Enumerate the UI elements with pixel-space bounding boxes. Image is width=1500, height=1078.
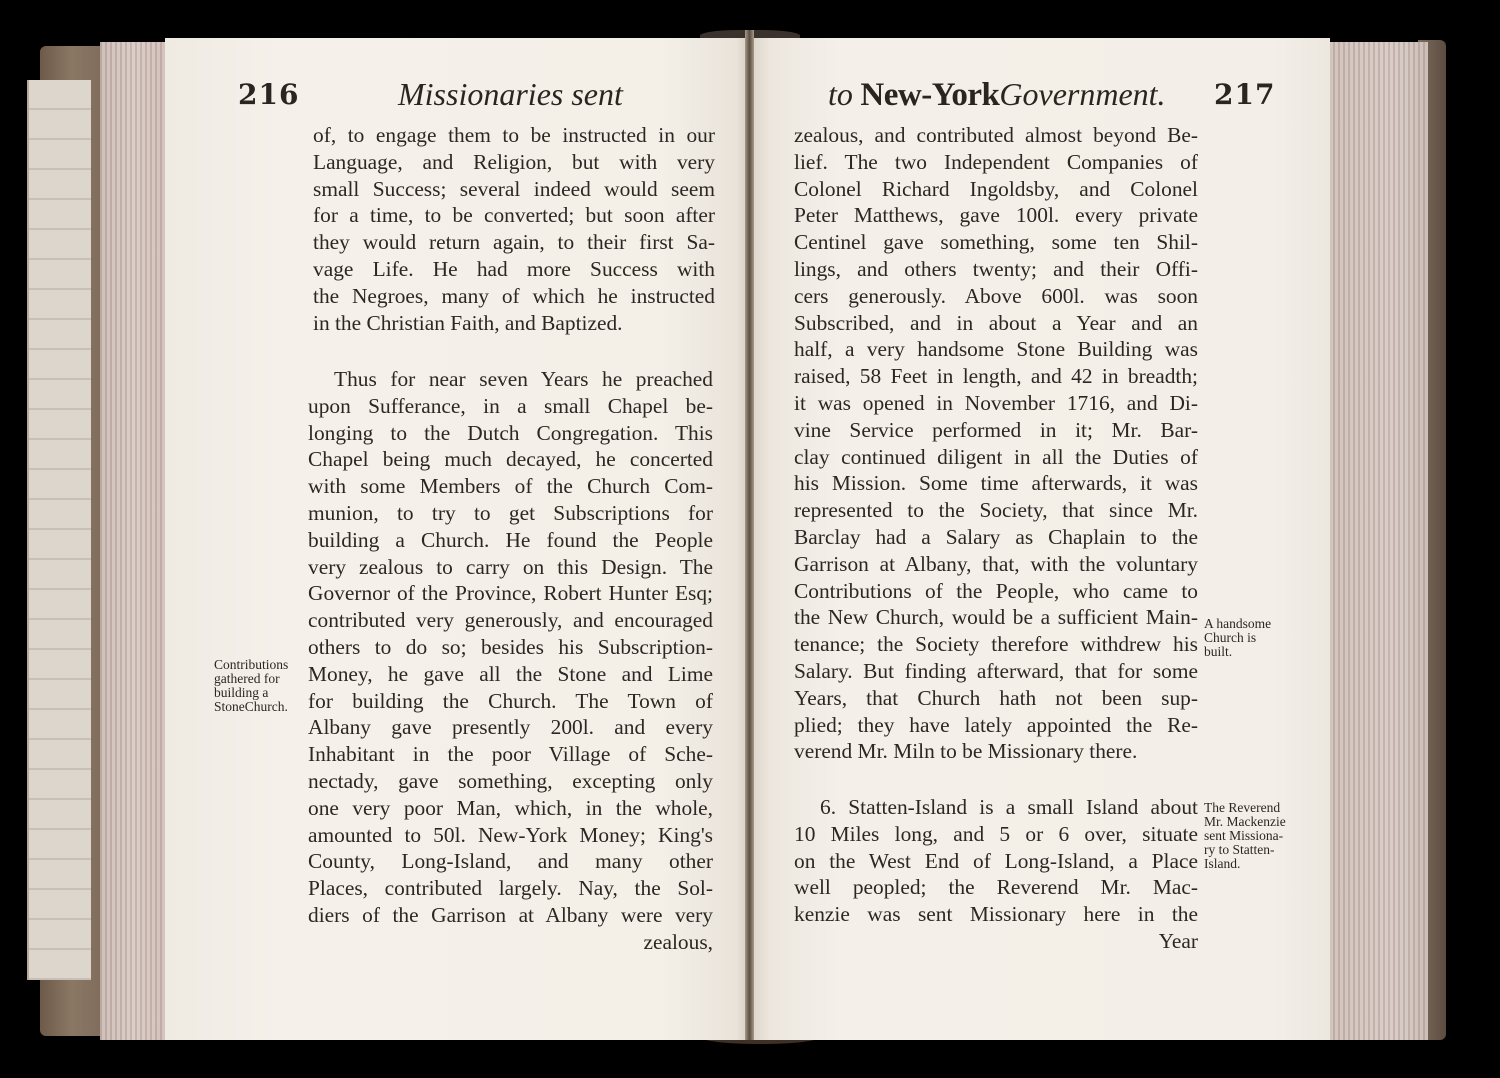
text-line: Years, that Church hath not been sup- [794,685,1198,712]
text-line: for building the Church. The Town of [308,688,713,715]
text-line: cers generously. Above 600l. was soon [794,283,1198,310]
text-line: contributed very generously, and encoura… [308,607,713,634]
text-line: others to do so; besides his Subscriptio… [308,634,713,661]
text-line: Peter Matthews, gave 100l. every private [794,202,1198,229]
text-line: 6. Statten-Island is a small Island abou… [794,794,1198,821]
text-line: kenzie was sent Missionary here in the [794,901,1198,928]
text-line: clay continued diligent in all the Dutie… [794,444,1198,471]
text-line: one very poor Man, which, in the whole, [308,795,713,822]
marginal-note-contributions: Contributions gathered for building a St… [214,658,288,714]
right-paragraph-2: 6. Statten-Island is a small Island abou… [794,794,1198,955]
text-line: for a time, to be converted; but soon af… [313,202,715,229]
text-line: they would return again, to their first … [313,229,715,256]
text-line: Money, he gave all the Stone and Lime [308,661,713,688]
text-line: Garrison at Albany, that, with the volun… [794,551,1198,578]
text-line: munion, to try to get Subscriptions for [308,500,713,527]
text-line: County, Long-Island, and many other [308,848,713,875]
marginal-note-mackenzie: The Reverend Mr. Mackenzie sent Missiona… [1204,801,1286,871]
text-line: Language, and Religion, but with very [313,149,715,176]
text-line: in the Christian Faith, and Baptized. [313,310,715,337]
text-line: Inhabitant in the poor Village of Sche- [308,741,713,768]
text-line: nectady, gave something, excepting only [308,768,713,795]
running-head-right-roman: New-York [860,77,999,113]
text-line: half, a very handsome Stone Building was [794,336,1198,363]
text-line: lief. The two Independent Companies of [794,149,1198,176]
text-line: zealous, and contributed almost beyond B… [794,122,1198,149]
text-line: upon Sufferance, in a small Chapel be- [308,393,713,420]
text-line: raised, 58 Feet in length, and 42 in bre… [794,363,1198,390]
text-line: Colonel Richard Ingoldsby, and Colonel [794,176,1198,203]
text-line: well peopled; the Reverend Mr. Mac- [794,874,1198,901]
text-line: it was opened in November 1716, and Di- [794,390,1198,417]
text-line: Albany gave presently 200l. and every [308,714,713,741]
catchword: zealous, [308,929,713,956]
text-line: plied; they have lately appointed the Re… [794,712,1198,739]
text-line: the New Church, would be a sufficient Ma… [794,604,1198,631]
left-running-head: 216 [238,78,299,112]
text-line: Governor of the Province, Robert Hunter … [308,580,713,607]
open-book: 216 Missionaries sent of, to engage them… [0,0,1500,1078]
text-line: Centinel gave something, some ten Shil- [794,229,1198,256]
text-line: Thus for near seven Years he preached [308,366,713,393]
left-paragraph-1: of, to engage them to be instructed in o… [313,122,715,336]
text-line: the Negroes, many of which he instructed [313,283,715,310]
text-line: Salary. But finding afterward, that for … [794,658,1198,685]
marginal-note-church-built: A handsome Church is built. [1204,617,1271,659]
text-line: very zealous to carry on this Design. Th… [308,554,713,581]
text-line: with some Members of the Church Com- [308,473,713,500]
text-line: Subscribed, and in about a Year and an [794,310,1198,337]
right-paragraph-1: zealous, and contributed almost beyond B… [794,122,1198,765]
page-stack-left [100,42,166,1040]
text-line: longing to the Dutch Congregation. This [308,420,713,447]
text-line: Places, contributed largely. Nay, the So… [308,875,713,902]
page-stack-right [1328,42,1428,1040]
flyleaf-edge [27,80,91,980]
text-line: 10 Miles long, and 5 or 6 over, situate [794,821,1198,848]
text-line: diers of the Garrison at Albany were ver… [308,902,713,929]
page-number-left: 216 [238,78,299,111]
catchword: Year [794,928,1198,955]
running-head-right-government: Government. [999,76,1165,112]
text-line: Contributions of the People, who came to [794,578,1198,605]
text-line: his Mission. Some time afterwards, it wa… [794,470,1198,497]
running-head-left-title: Missionaries sent [398,76,623,112]
text-line: building a Church. He found the People [308,527,713,554]
text-line: vage Life. He had more Success with [313,256,715,283]
text-line: Chapel being much decayed, he concerted [308,446,713,473]
text-line: on the West End of Long-Island, a Place [794,848,1198,875]
text-line: represented to the Society, that since M… [794,497,1198,524]
text-line: tenance; the Society therefore withdrew … [794,631,1198,658]
text-line: vine Service performed in it; Mr. Bar- [794,417,1198,444]
text-line: Barclay had a Salary as Chaplain to the [794,524,1198,551]
text-line: small Success; several indeed would seem [313,176,715,203]
text-line: verend Mr. Miln to be Missionary there. [794,738,1198,765]
text-line: lings, and others twenty; and their Offi… [794,256,1198,283]
left-paragraph-2: Thus for near seven Years he preached up… [308,366,713,956]
running-head-right-to: to [828,76,853,112]
text-line: of, to engage them to be instructed in o… [313,122,715,149]
text-line: amounted to 50l. New-York Money; King's [308,822,713,849]
right-running-head: to New-YorkGovernment. [828,76,1166,114]
book-gutter [745,30,754,1040]
page-number-right: 217 [1214,78,1275,111]
